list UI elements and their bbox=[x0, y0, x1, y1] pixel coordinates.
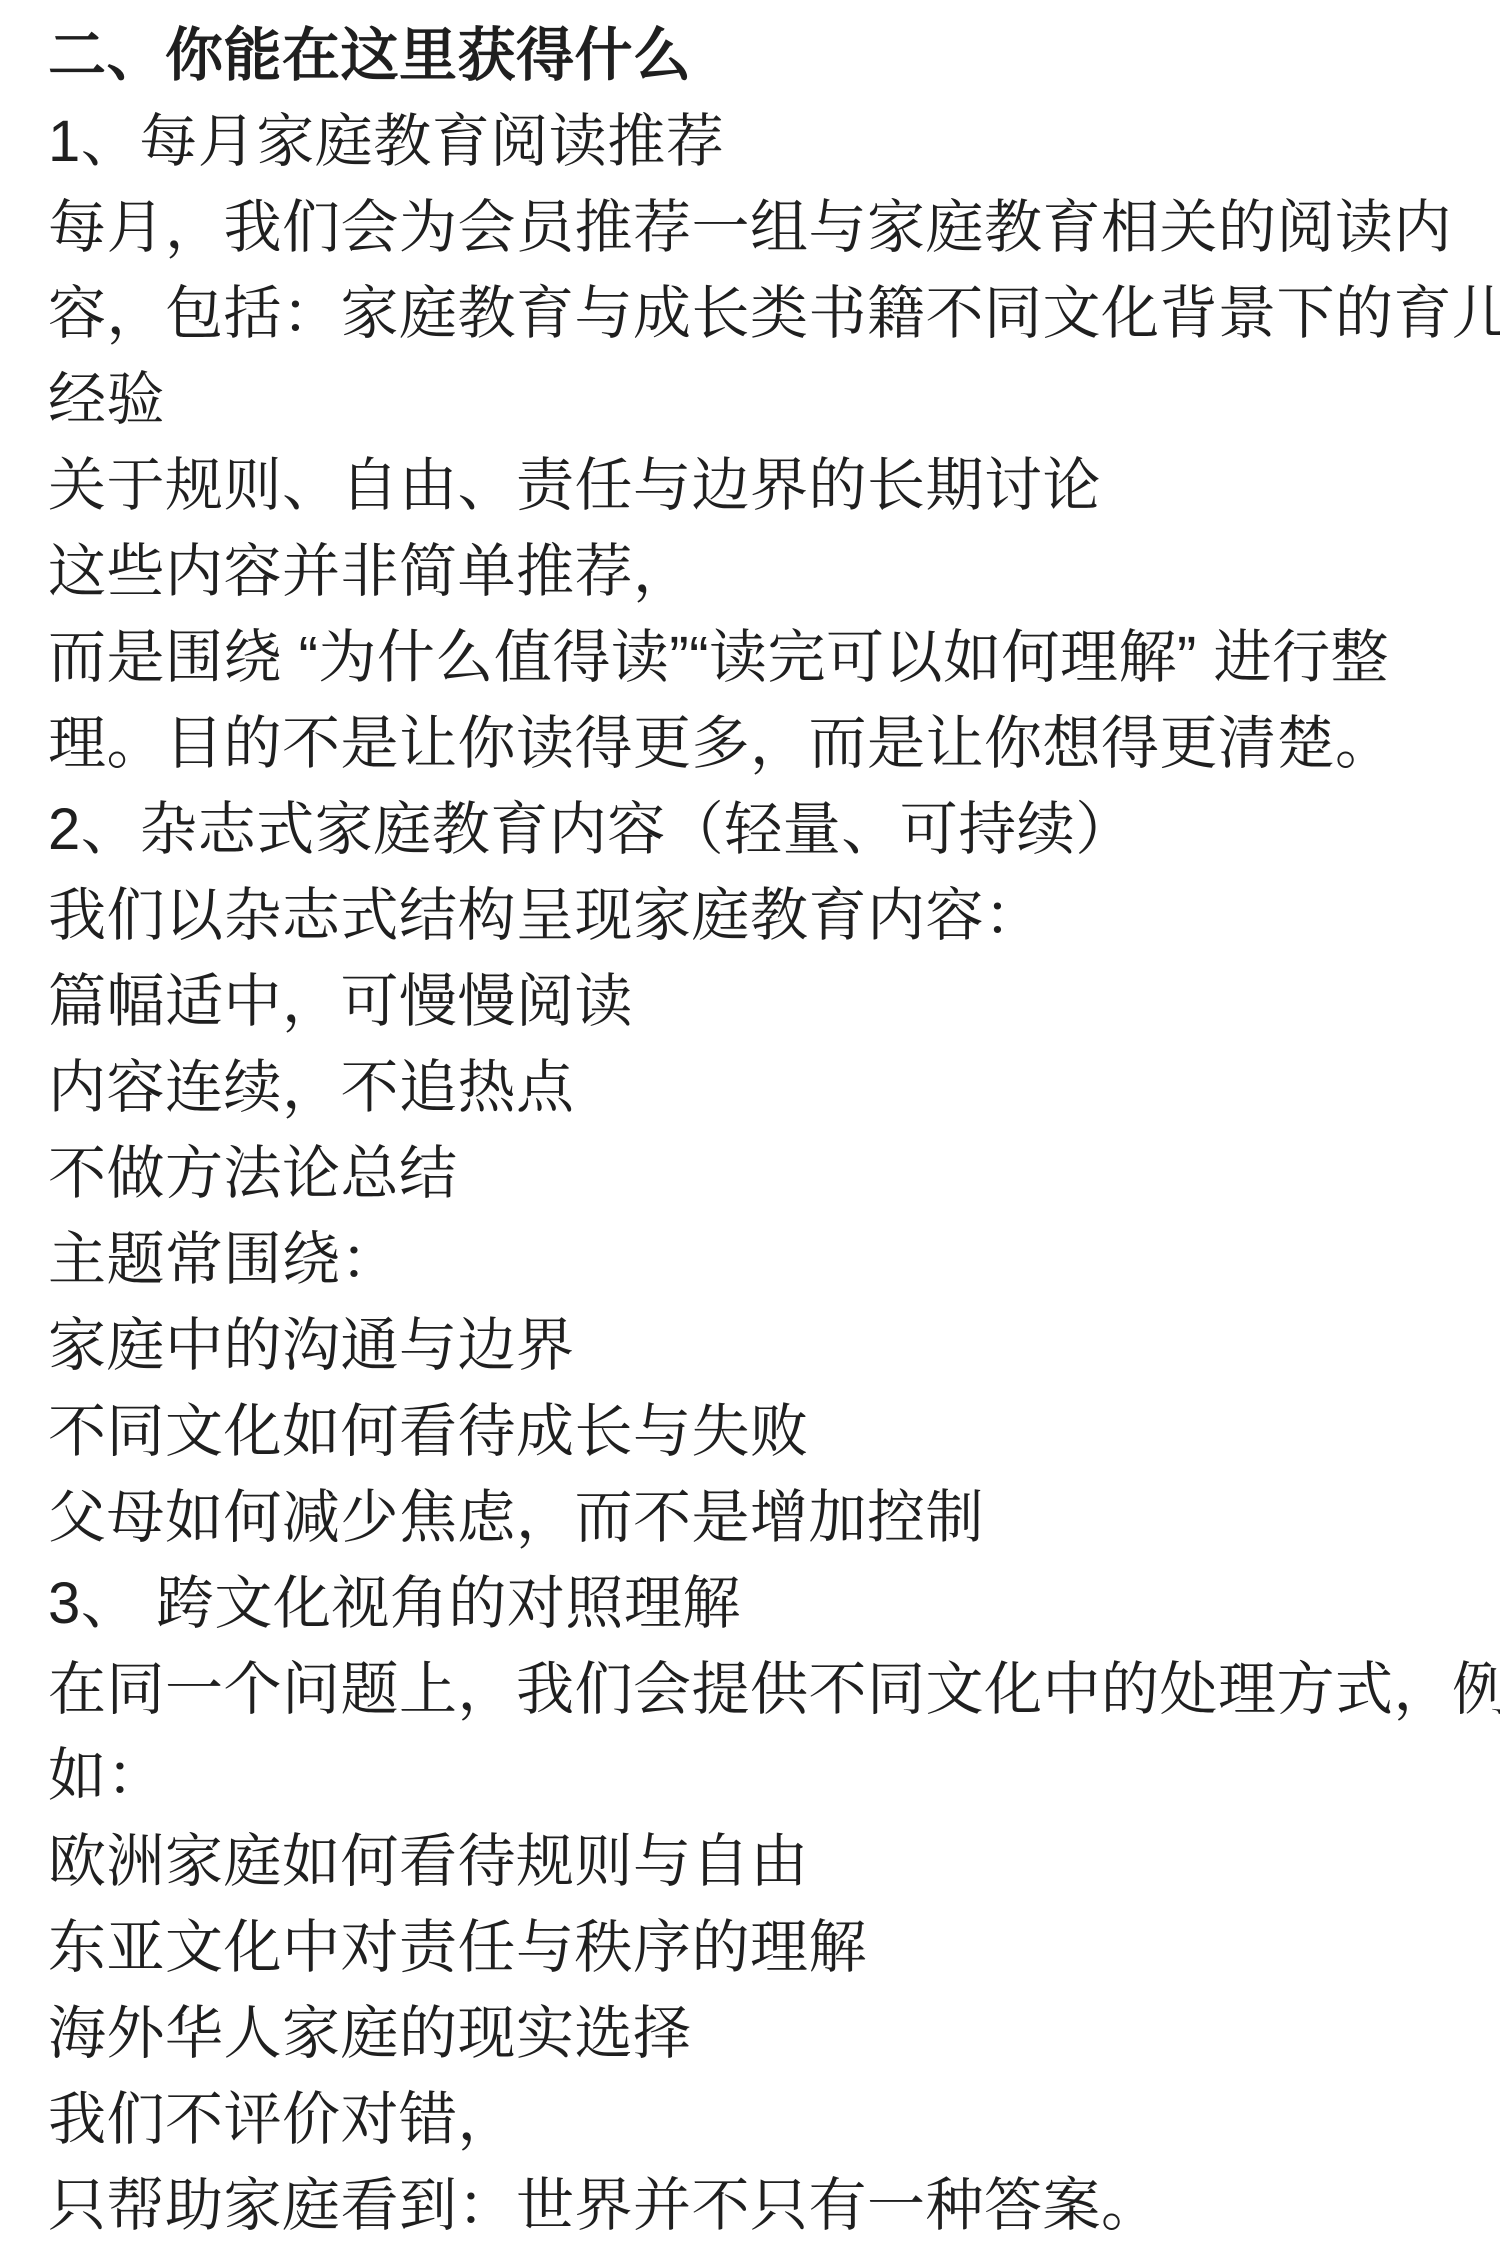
text-line: 如： bbox=[48, 1733, 1452, 1819]
text-line: 这些内容并非简单推荐， bbox=[48, 529, 1452, 615]
document-body: 二、你能在这里获得什么1、每月家庭教育阅读推荐每月，我们会为会员推荐一组与家庭教… bbox=[48, 13, 1452, 2249]
text-line: 只帮助家庭看到：世界并不只有一种答案。 bbox=[48, 2163, 1452, 2249]
text-line: 我们不评价对错， bbox=[48, 2077, 1452, 2163]
text-line: 3、 跨文化视角的对照理解 bbox=[48, 1561, 1452, 1647]
text-line: 东亚文化中对责任与秩序的理解 bbox=[48, 1905, 1452, 1991]
text-line: 不做方法论总结 bbox=[48, 1131, 1452, 1217]
text-line: 理。目的不是让你读得更多，而是让你想得更清楚。 bbox=[48, 701, 1452, 787]
text-line: 经验 bbox=[48, 357, 1452, 443]
text-line: 欧洲家庭如何看待规则与自由 bbox=[48, 1819, 1452, 1905]
text-line: 篇幅适中，可慢慢阅读 bbox=[48, 959, 1452, 1045]
section-heading: 二、你能在这里获得什么 bbox=[48, 13, 1452, 99]
text-line: 内容连续，不追热点 bbox=[48, 1045, 1452, 1131]
text-line: 关于规则、自由、责任与边界的长期讨论 bbox=[48, 443, 1452, 529]
text-line: 1、每月家庭教育阅读推荐 bbox=[48, 99, 1452, 185]
text-line: 而是围绕 “为什么值得读”“读完可以如何理解” 进行整 bbox=[48, 615, 1452, 701]
article-page: 二、你能在这里获得什么1、每月家庭教育阅读推荐每月，我们会为会员推荐一组与家庭教… bbox=[0, 0, 1500, 2264]
text-line: 主题常围绕： bbox=[48, 1217, 1452, 1303]
text-line: 在同一个问题上，我们会提供不同文化中的处理方式，例 bbox=[48, 1647, 1452, 1733]
text-line: 2、杂志式家庭教育内容（轻量、可持续） bbox=[48, 787, 1452, 873]
text-line: 不同文化如何看待成长与失败 bbox=[48, 1389, 1452, 1475]
text-line: 海外华人家庭的现实选择 bbox=[48, 1991, 1452, 2077]
text-line: 容，包括：家庭教育与成长类书籍不同文化背景下的育儿 bbox=[48, 271, 1452, 357]
text-line: 家庭中的沟通与边界 bbox=[48, 1303, 1452, 1389]
text-line: 我们以杂志式结构呈现家庭教育内容： bbox=[48, 873, 1452, 959]
text-line: 父母如何减少焦虑，而不是增加控制 bbox=[48, 1475, 1452, 1561]
text-line: 每月，我们会为会员推荐一组与家庭教育相关的阅读内 bbox=[48, 185, 1452, 271]
